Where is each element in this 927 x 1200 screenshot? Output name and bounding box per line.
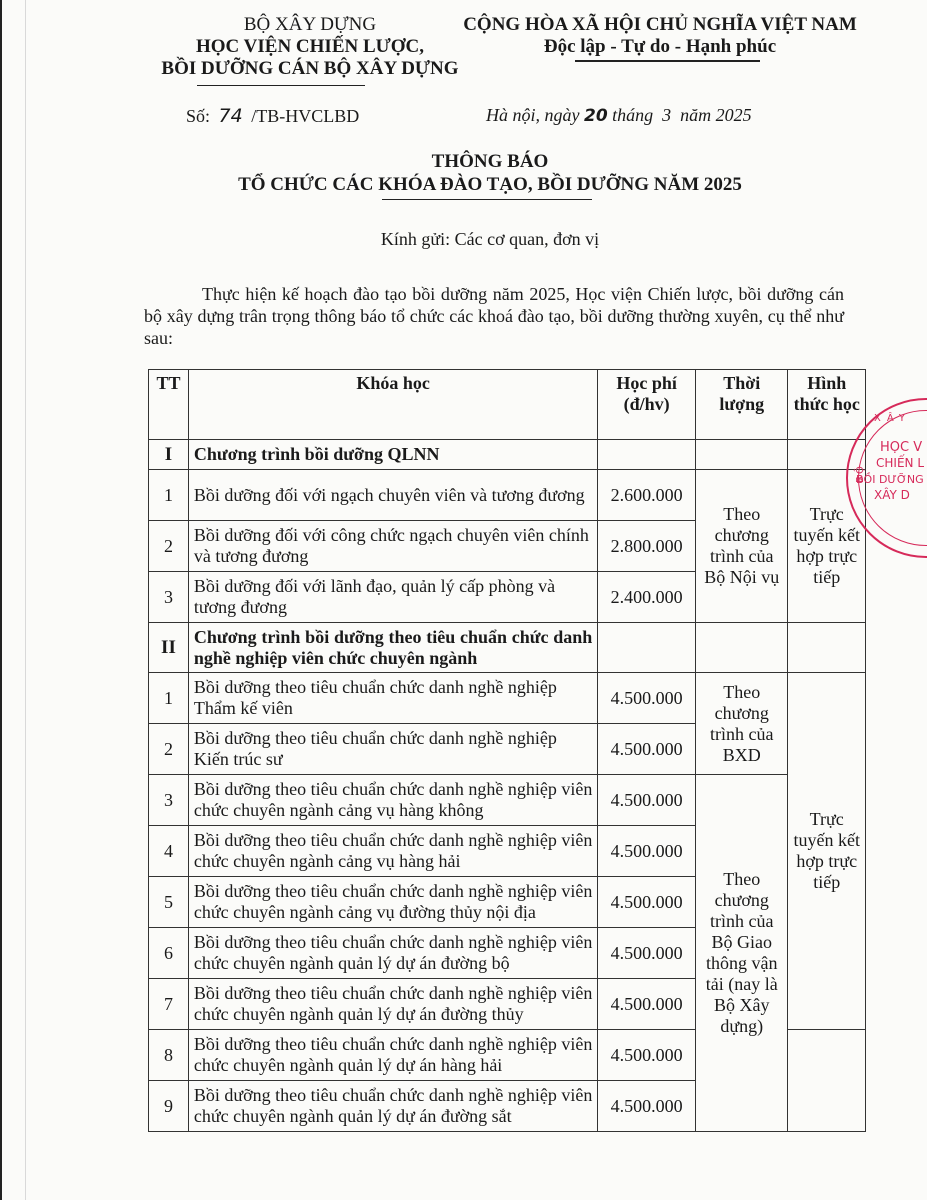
row-number: 7 — [149, 979, 189, 1030]
intro-paragraph: Thực hiện kế hoạch đào tạo bồi dưỡng năm… — [144, 283, 844, 349]
course-duration: Theo chương trình của Bộ Giao thông vận … — [696, 775, 788, 1132]
course-name: Bồi dưỡng theo tiêu chuẩn chức danh nghề… — [188, 724, 597, 775]
title-underline — [382, 199, 592, 200]
course-fee: 2.400.000 — [598, 572, 696, 623]
row-number: 6 — [149, 928, 189, 979]
section-row: I Chương trình bồi dưỡng QLNN — [149, 440, 866, 470]
row-number: 3 — [149, 775, 189, 826]
document-title: THÔNG BÁO TỔ CHỨC CÁC KHÓA ĐÀO TẠO, BỒI … — [150, 150, 830, 196]
empty-mode-cell — [788, 1030, 866, 1132]
date-day-handwritten: 20 — [584, 106, 608, 126]
course-name: Bồi dưỡng theo tiêu chuẩn chức danh nghề… — [188, 877, 597, 928]
recipient-line: Kính gửi: Các cơ quan, đơn vị — [150, 229, 830, 250]
section-numeral: I — [149, 440, 189, 470]
course-fee: 2.600.000 — [598, 470, 696, 521]
col-header-mode: Hình thức học — [788, 370, 866, 440]
table-row: 1 Bồi dưỡng đối với ngạch chuyên viên và… — [149, 470, 866, 521]
stamp-line3: BỒI DƯỠNG — [856, 472, 924, 487]
doc-number-prefix: Số: — [186, 106, 210, 126]
course-name: Bồi dưỡng theo tiêu chuẩn chức danh nghề… — [188, 826, 597, 877]
course-fee: 4.500.000 — [598, 979, 696, 1030]
motto-underline — [575, 60, 760, 62]
course-name: Bồi dưỡng đối với công chức ngạch chuyên… — [188, 521, 597, 572]
stamp-line4: XÂY D — [874, 488, 910, 503]
table-row: 1 Bồi dưỡng theo tiêu chuẩn chức danh ng… — [149, 673, 866, 724]
intro-text: Thực hiện kế hoạch đào tạo bồi dưỡng năm… — [144, 284, 844, 348]
col-header-duration: Thời lượng — [696, 370, 788, 440]
course-fee: 4.500.000 — [598, 1081, 696, 1132]
course-fee: 4.500.000 — [598, 877, 696, 928]
date-rest: tháng 3 năm 2025 — [612, 105, 752, 125]
title-line2: TỔ CHỨC CÁC KHÓA ĐÀO TẠO, BỒI DƯỠNG NĂM … — [150, 173, 830, 196]
course-fee: 4.500.000 — [598, 826, 696, 877]
stamp-arc-text: XÂY — [874, 411, 911, 426]
country-name: CỘNG HÒA XÃ HỘI CHỦ NGHĨA VIỆT NAM — [450, 14, 870, 36]
row-number: 9 — [149, 1081, 189, 1132]
header-underline — [197, 85, 365, 86]
issuing-agency-header: BỘ XÂY DỰNG HỌC VIỆN CHIẾN LƯỢC, BỒI DƯỠ… — [150, 14, 470, 80]
row-number: 8 — [149, 1030, 189, 1081]
course-duration: Theo chương trình của Bộ Nội vụ — [696, 470, 788, 623]
doc-number-suffix: /TB-HVCLBD — [251, 106, 359, 126]
course-name: Bồi dưỡng theo tiêu chuẩn chức danh nghề… — [188, 979, 597, 1030]
title-line1: THÔNG BÁO — [150, 150, 830, 173]
course-name: Bồi dưỡng đối với ngạch chuyên viên và t… — [188, 470, 597, 521]
course-name: Bồi dưỡng theo tiêu chuẩn chức danh nghề… — [188, 775, 597, 826]
table-row: 3 Bồi dưỡng theo tiêu chuẩn chức danh ng… — [149, 775, 866, 826]
course-fee: 4.500.000 — [598, 673, 696, 724]
org-name-line2: BỒI DƯỠNG CÁN BỘ XÂY DỰNG — [150, 58, 470, 80]
scan-artifact-line — [25, 0, 26, 1200]
row-number: 1 — [149, 470, 189, 521]
date-prefix: Hà nội, ngày — [486, 105, 580, 125]
stamp-line2: CHIẾN L — [876, 456, 924, 471]
row-number: 2 — [149, 724, 189, 775]
course-fee: 4.500.000 — [598, 775, 696, 826]
stamp-line1: HỌC V — [880, 440, 922, 455]
course-mode: Trực tuyến kết hợp trực tiếp — [788, 673, 866, 1030]
row-number: 4 — [149, 826, 189, 877]
row-number: 3 — [149, 572, 189, 623]
course-fee: 4.500.000 — [598, 1030, 696, 1081]
doc-number-handwritten: 74 — [215, 105, 247, 127]
course-fee: 4.500.000 — [598, 928, 696, 979]
row-number: 2 — [149, 521, 189, 572]
section-title: Chương trình bồi dưỡng theo tiêu chuẩn c… — [188, 623, 597, 673]
ministry-name: BỘ XÂY DỰNG — [150, 14, 470, 36]
scan-edge — [0, 0, 2, 1200]
col-header-course: Khóa học — [188, 370, 597, 440]
document-number: Số: 74 /TB-HVCLBD — [186, 105, 359, 127]
table-header-row: TT Khóa học Học phí (đ/hv) Thời lượng Hì… — [149, 370, 866, 440]
section-row: II Chương trình bồi dưỡng theo tiêu chuẩ… — [149, 623, 866, 673]
course-fee: 4.500.000 — [598, 724, 696, 775]
row-number: 5 — [149, 877, 189, 928]
courses-table: TT Khóa học Học phí (đ/hv) Thời lượng Hì… — [148, 369, 866, 1132]
national-motto: Độc lập - Tự do - Hạnh phúc — [450, 36, 870, 58]
col-header-fee: Học phí (đ/hv) — [598, 370, 696, 440]
course-name: Bồi dưỡng theo tiêu chuẩn chức danh nghề… — [188, 673, 597, 724]
section-title: Chương trình bồi dưỡng QLNN — [188, 440, 597, 470]
col-header-tt: TT — [149, 370, 189, 440]
national-header: CỘNG HÒA XÃ HỘI CHỦ NGHĨA VIỆT NAM Độc l… — [450, 14, 870, 58]
row-number: 1 — [149, 673, 189, 724]
section-numeral: II — [149, 623, 189, 673]
course-duration: Theo chương trình của BXD — [696, 673, 788, 775]
course-fee: 2.800.000 — [598, 521, 696, 572]
course-name: Bồi dưỡng đối với lãnh đạo, quản lý cấp … — [188, 572, 597, 623]
course-name: Bồi dưỡng theo tiêu chuẩn chức danh nghề… — [188, 928, 597, 979]
course-name: Bồi dưỡng theo tiêu chuẩn chức danh nghề… — [188, 1081, 597, 1132]
issue-date: Hà nội, ngày 20 tháng 3 năm 2025 — [486, 105, 752, 126]
org-name-line1: HỌC VIỆN CHIẾN LƯỢC, — [150, 36, 470, 58]
course-name: Bồi dưỡng theo tiêu chuẩn chức danh nghề… — [188, 1030, 597, 1081]
